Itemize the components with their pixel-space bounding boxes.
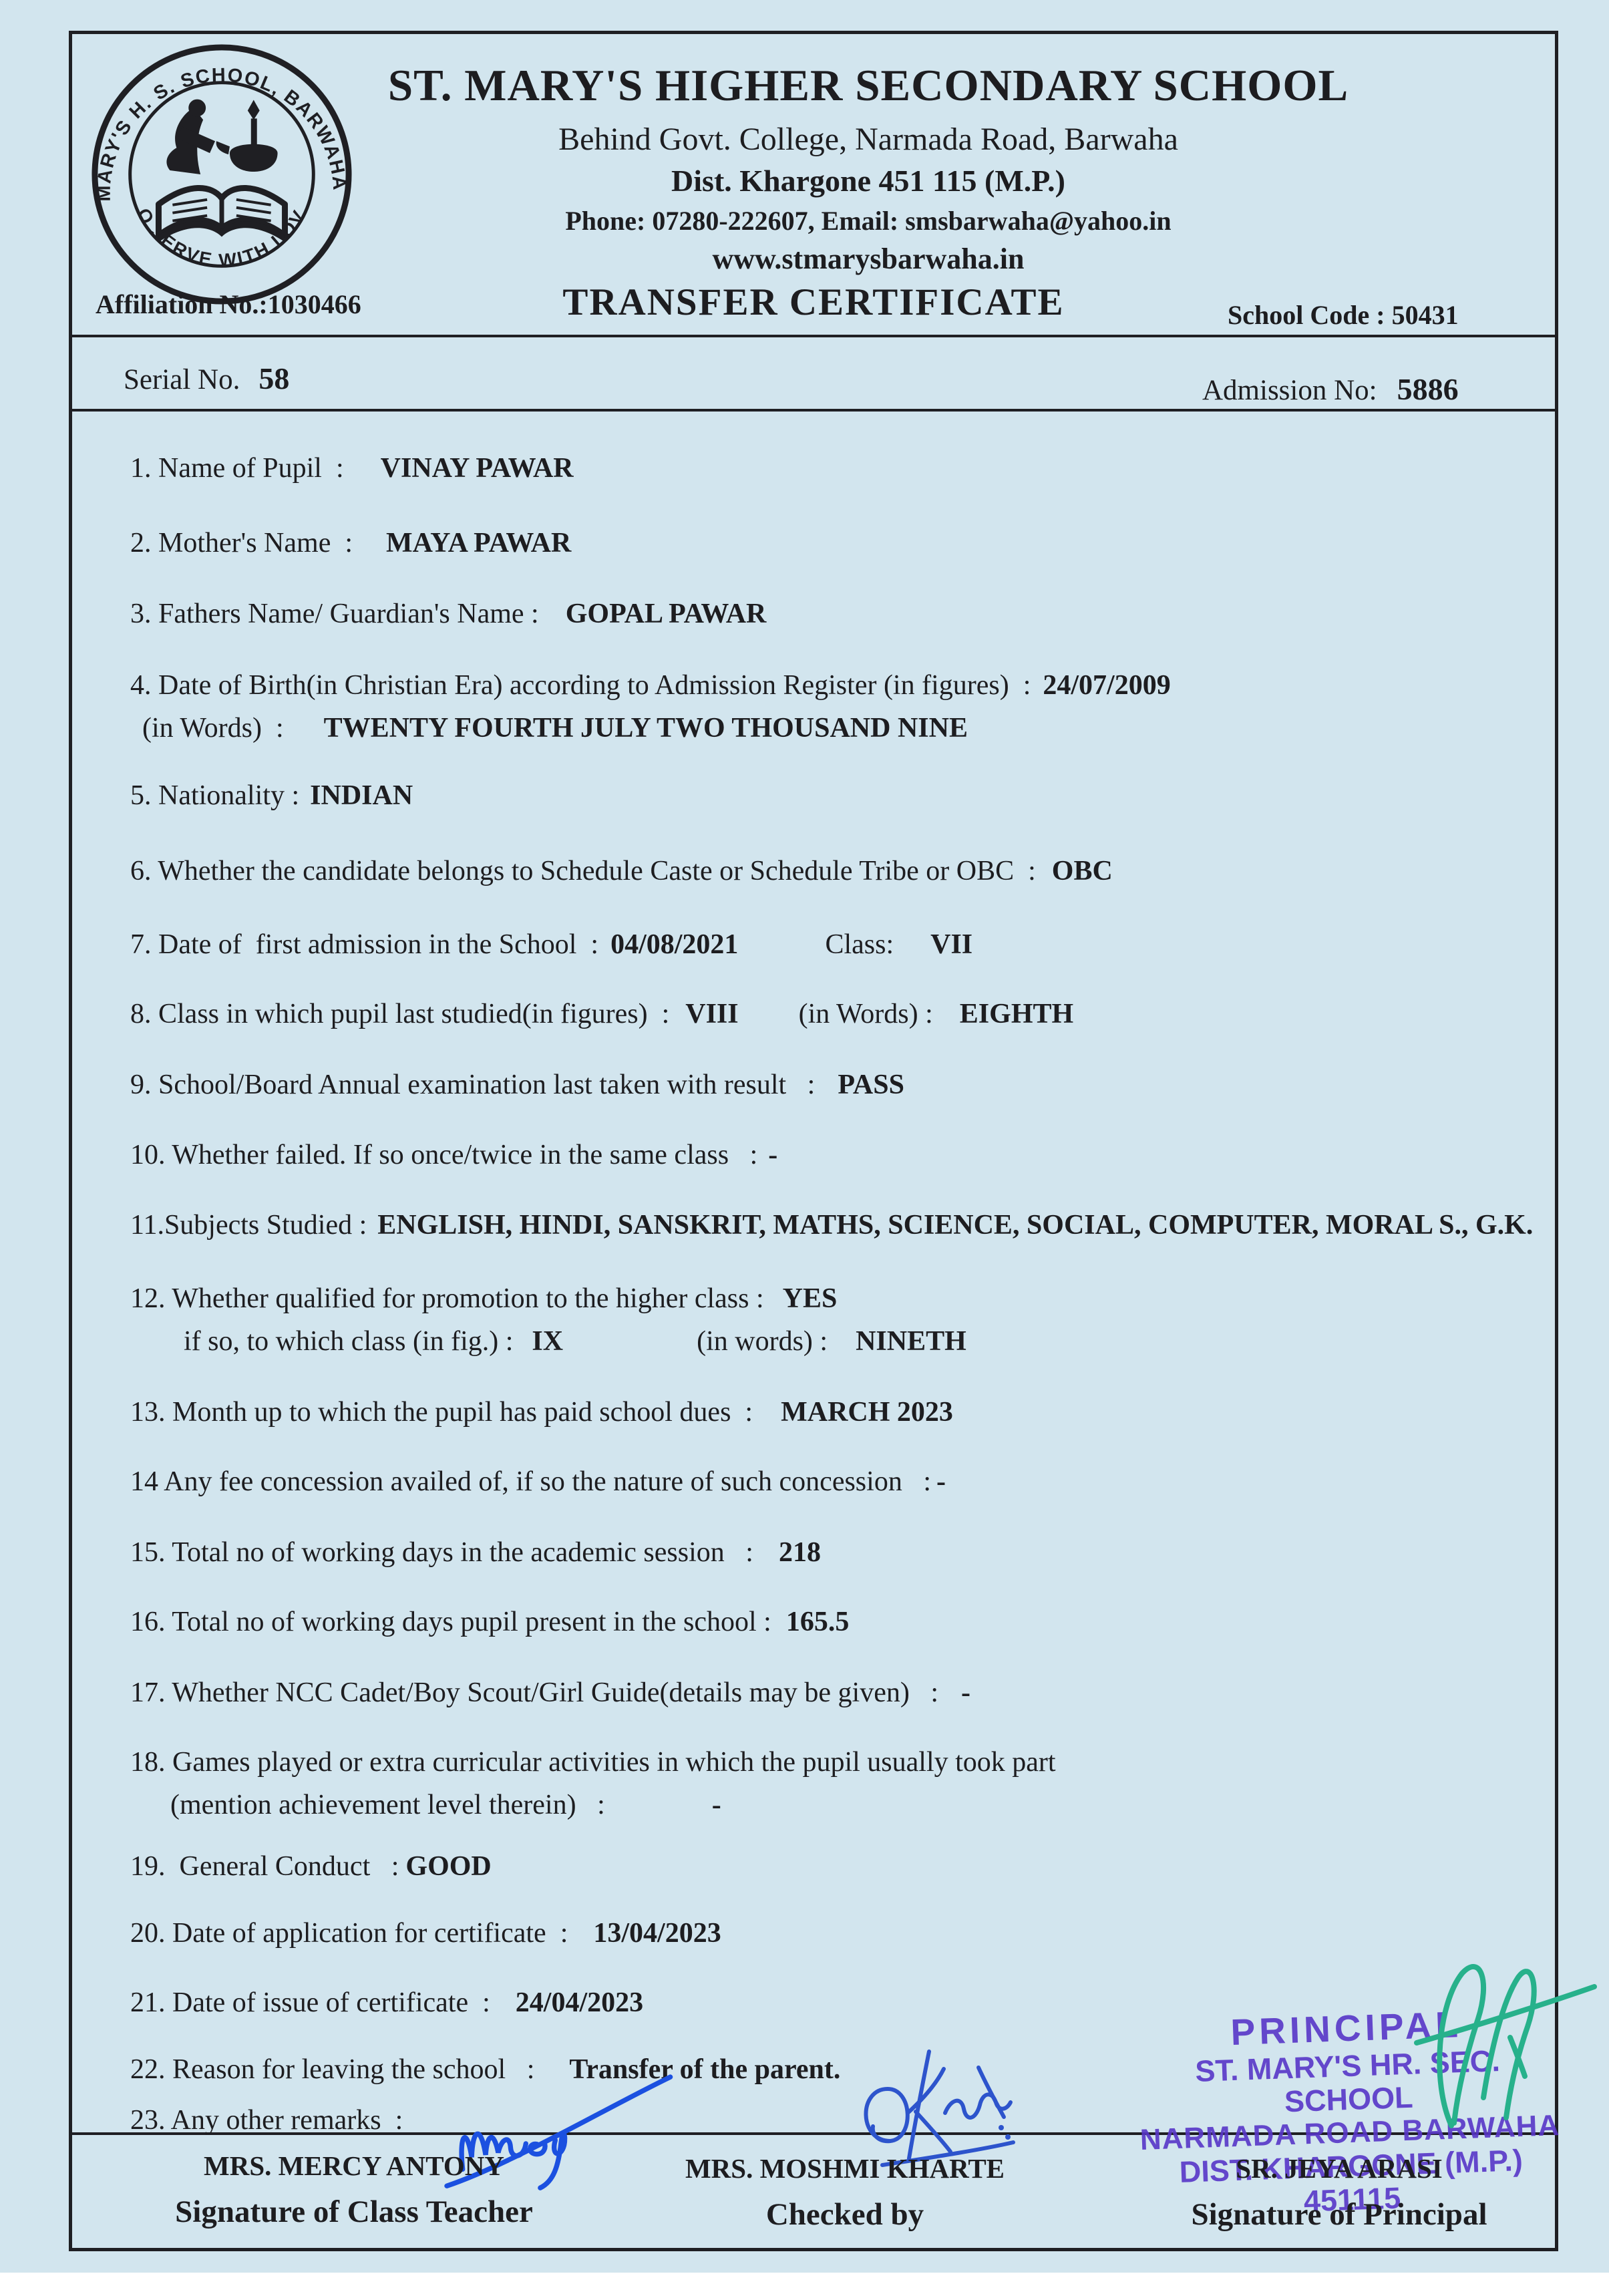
field-item-22: 22. Reason for leaving the school :Trans… [130,2052,840,2087]
field-item-3: 3. Fathers Name/ Guardian's Name :GOPAL … [130,597,766,631]
item-line: (mention achievement level therein) :- [130,1788,1056,1822]
field-item-1: 1. Name of Pupil :VINAY PAWAR [130,451,574,486]
item-value: 24/04/2023 [516,1987,643,2018]
field-item-19: 19. General Conduct :GOOD [130,1849,492,1884]
class-teacher-name: MRS. MERCY ANTONY [134,2150,574,2182]
item-line: (in Words) :TWENTY FOURTH JULY TWO THOUS… [130,711,1171,746]
school-phone-email: Phone: 07280-222607, Email: smsbarwaha@y… [281,205,1456,236]
field-item-15: 15. Total no of working days in the acad… [130,1535,821,1570]
field-item-2: 2. Mother's Name :MAYA PAWAR [130,526,571,560]
checked-by-block: MRS. MOSHMI KHARTE Checked by [638,2152,1052,2233]
item-line: 3. Fathers Name/ Guardian's Name :GOPAL … [130,597,766,631]
field-item-14: 14 Any fee concession availed of, if so … [130,1464,946,1499]
item-label: (in Words) : [142,713,284,744]
item-value: MAYA PAWAR [386,528,571,558]
field-item-11: 11.Subjects Studied :ENGLISH, HINDI, SAN… [130,1208,1533,1243]
item-label: (in Words) : [799,999,933,1029]
certificate-paper: ST. MARY'S H. S. SCHOOL, BARWAHA M.P. TO… [0,0,1609,2273]
item-line: 10. Whether failed. If so once/twice in … [130,1138,777,1172]
item-value: INDIAN [310,780,413,811]
item-value: MARCH 2023 [781,1397,953,1428]
item-value: GOOD [405,1851,491,1882]
item-line: 4. Date of Birth(in Christian Era) accor… [130,668,1171,703]
item-label: 20. Date of application for certificate … [130,1918,568,1949]
checked-by-role: Checked by [638,2196,1052,2233]
item-label: 9. School/Board Annual examination last … [130,1070,815,1100]
item-line: 18. Games played or extra curricular act… [130,1745,1056,1780]
item-value: - [768,1140,777,1170]
letterhead: ST. MARY'S HIGHER SECONDARY SCHOOL Behin… [281,60,1456,276]
item-label: 3. Fathers Name/ Guardian's Name : [130,599,539,629]
item-label: (in words) : [697,1326,828,1357]
item-label: 2. Mother's Name : [130,528,353,558]
item-value: VIII [685,999,738,1029]
item-line: 23. Any other remarks : [130,2103,403,2138]
admission-number-row: Admission No:5886 [1202,371,1459,407]
field-item-10: 10. Whether failed. If so once/twice in … [130,1138,777,1172]
item-value: GOPAL PAWAR [566,599,767,629]
principal-name: SR. JEYA ARASI [1125,2152,1553,2184]
item-line: 9. School/Board Annual examination last … [130,1068,904,1102]
item-label: 22. Reason for leaving the school : [130,2054,534,2085]
field-item-20: 20. Date of application for certificate … [130,1916,721,1951]
item-value: PASS [838,1070,904,1100]
item-line: 14 Any fee concession availed of, if so … [130,1464,946,1499]
item-label: 17. Whether NCC Cadet/Boy Scout/Girl Gui… [130,1677,938,1708]
field-item-4: 4. Date of Birth(in Christian Era) accor… [130,668,1171,746]
item-value: 24/07/2009 [1043,670,1170,701]
class-teacher-block: MRS. MERCY ANTONY Signature of Class Tea… [134,2150,574,2230]
item-line: 16. Total no of working days pupil prese… [130,1605,849,1639]
item-value: - [936,1466,946,1497]
item-label: 5. Nationality : [130,780,299,811]
item-value: 13/04/2023 [593,1918,721,1949]
item-label: 16. Total no of working days pupil prese… [130,1607,771,1637]
item-label: 8. Class in which pupil last studied(in … [130,999,669,1029]
item-label: 4. Date of Birth(in Christian Era) accor… [130,670,1031,701]
item-value: ENGLISH, HINDI, SANSKRIT, MATHS, SCIENCE… [377,1210,1533,1241]
item-value: IX [532,1326,563,1357]
item-label: 10. Whether failed. If so once/twice in … [130,1140,757,1170]
item-label: 15. Total no of working days in the acad… [130,1537,753,1568]
item-value: OBC [1052,856,1113,886]
field-item-17: 17. Whether NCC Cadet/Boy Scout/Girl Gui… [130,1675,970,1710]
item-line: 1. Name of Pupil :VINAY PAWAR [130,451,574,486]
item-line: 20. Date of application for certificate … [130,1916,721,1951]
item-line: 2. Mother's Name :MAYA PAWAR [130,526,571,560]
item-value: TWENTY FOURTH JULY TWO THOUSAND NINE [324,713,968,744]
item-line: 5. Nationality :INDIAN [130,778,413,813]
serial-number-row: Serial No.58 [124,361,289,396]
item-value: VII [930,929,972,960]
principal-block: SR. JEYA ARASI Signature of Principal [1125,2152,1553,2233]
item-line: 11.Subjects Studied :ENGLISH, HINDI, SAN… [130,1208,1533,1243]
class-teacher-role: Signature of Class Teacher [134,2194,574,2230]
item-label: 6. Whether the candidate belongs to Sche… [130,856,1036,886]
item-line: if so, to which class (in fig.) :IX(in w… [130,1324,966,1359]
field-item-5: 5. Nationality :INDIAN [130,778,413,813]
field-item-7: 7. Date of first admission in the School… [130,927,972,962]
field-item-12: 12. Whether qualified for promotion to t… [130,1281,966,1359]
field-item-18: 18. Games played or extra curricular act… [130,1745,1056,1822]
item-label: 21. Date of issue of certificate : [130,1987,490,2018]
item-label: (mention achievement level therein) : [170,1790,605,1820]
item-label: Class: [825,929,894,960]
item-value: - [961,1677,970,1708]
item-line: 19. General Conduct :GOOD [130,1849,492,1884]
item-label: 14 Any fee concession availed of, if so … [130,1466,931,1497]
item-label: 12. Whether qualified for promotion to t… [130,1283,764,1314]
item-line: 6. Whether the candidate belongs to Sche… [130,854,1113,888]
item-value: EIGHTH [960,999,1073,1029]
field-item-16: 16. Total no of working days pupil prese… [130,1605,849,1639]
item-line: 17. Whether NCC Cadet/Boy Scout/Girl Gui… [130,1675,970,1710]
field-item-8: 8. Class in which pupil last studied(in … [130,997,1073,1031]
item-line: 8. Class in which pupil last studied(in … [130,997,1073,1031]
school-website: www.stmarysbarwaha.in [281,242,1456,276]
checked-by-name: MRS. MOSHMI KHARTE [638,2152,1052,2184]
field-item-9: 9. School/Board Annual examination last … [130,1068,904,1102]
school-address: Behind Govt. College, Narmada Road, Barw… [281,121,1456,158]
item-label: 19. General Conduct : [130,1851,399,1882]
item-label: 7. Date of first admission in the School… [130,929,598,960]
item-line: 7. Date of first admission in the School… [130,927,972,962]
field-item-6: 6. Whether the candidate belongs to Sche… [130,854,1113,888]
header-divider [69,335,1558,337]
item-line: 13. Month up to which the pupil has paid… [130,1395,953,1430]
school-district: Dist. Khargone 451 115 (M.P.) [281,163,1456,198]
item-line: 15. Total no of working days in the acad… [130,1535,821,1570]
item-label: 13. Month up to which the pupil has paid… [130,1397,753,1428]
item-value: NINETH [856,1326,966,1357]
item-line: 21. Date of issue of certificate :24/04/… [130,1985,643,2020]
item-value: VINAY PAWAR [381,453,574,484]
serial-divider [69,409,1558,412]
seal-emblem [158,100,285,242]
item-value: YES [783,1283,838,1314]
serial-value: 58 [258,361,289,395]
admission-label: Admission No: [1202,375,1377,406]
field-item-21: 21. Date of issue of certificate :24/04/… [130,1985,643,2020]
field-item-23: 23. Any other remarks : [130,2103,403,2138]
principal-role: Signature of Principal [1125,2196,1553,2233]
item-label: 1. Name of Pupil : [130,453,344,484]
field-item-13: 13. Month up to which the pupil has paid… [130,1395,953,1430]
item-label: 18. Games played or extra curricular act… [130,1747,1056,1778]
item-value: 218 [779,1537,821,1568]
item-label: 11.Subjects Studied : [130,1210,367,1241]
item-line: 22. Reason for leaving the school :Trans… [130,2052,840,2087]
admission-value: 5886 [1397,372,1459,406]
item-value: 165.5 [786,1607,850,1637]
item-value: - [712,1790,721,1820]
school-name: ST. MARY'S HIGHER SECONDARY SCHOOL [281,60,1456,112]
item-label: if so, to which class (in fig.) : [184,1326,513,1357]
serial-label: Serial No. [124,364,240,395]
principal-signature-ink [1353,1957,1606,2134]
school-code: School Code : 50431 [1228,299,1459,331]
item-value: 04/08/2021 [610,929,738,960]
item-line: 12. Whether qualified for promotion to t… [130,1281,966,1316]
item-label: 23. Any other remarks : [130,2105,403,2136]
